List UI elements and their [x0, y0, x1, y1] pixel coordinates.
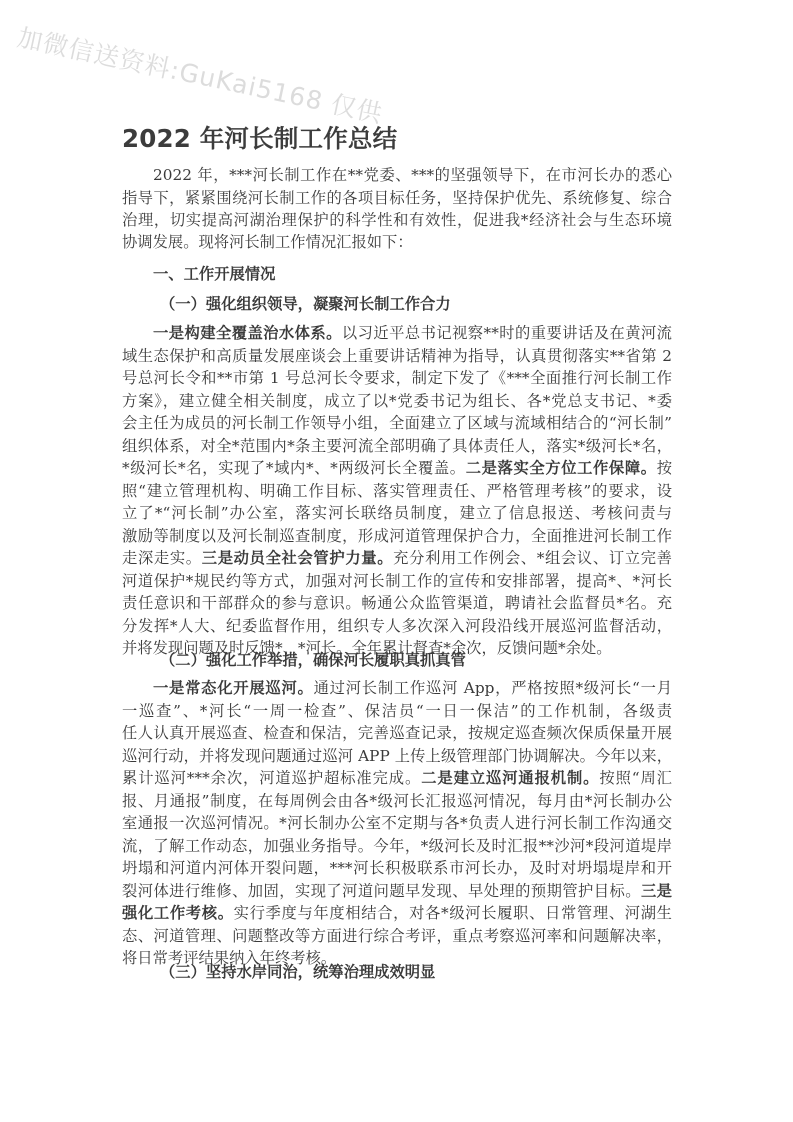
intro-line: 协调发展。现将河长制工作情况汇报如下：	[122, 231, 672, 253]
paragraph-line: 室通报一次巡河情况。*河长制办公室不定期与各*负责人进行河长制工作沟通交	[122, 812, 672, 834]
paragraph-line: 走深走实。三是动员全社会管护力量。充分利用工作例会、*组会议、订立完善	[122, 547, 672, 569]
subsection-heading-1: （一）强化组织领导，凝聚河长制工作合力	[160, 292, 451, 314]
paragraph-line: 域生态保护和高质量发展座谈会上重要讲话精神为指导，认真贯彻落实**省第 2	[122, 345, 672, 367]
watermark: 加微信送资料:GuKai5168 仅供	[15, 18, 387, 131]
paragraph-line: 组织体系，对全*范围内*条主要河流全部明确了具体责任人，落实*级河长*名，	[122, 435, 672, 457]
intro-line: 治理，切实提高河湖治理保护的科学性和有效性，促进我*经济社会与生态环境	[122, 209, 672, 231]
paragraph-line: 报、月通报”制度，在每周例会由各*级河长汇报巡河情况，每月由*河长制办公	[122, 790, 672, 812]
bold-lead: 三是	[641, 882, 672, 900]
bold-lead: 二是落实全方位工作保障。	[466, 459, 657, 477]
subsection-heading-3: （三）坚持水岸同治，统筹治理成效明显	[160, 960, 435, 982]
paragraph-line: 立了*“河长制”办公室，落实河长联络员制度，建立了信息报送、考核问责与	[122, 502, 672, 524]
bold-lead: 二是建立巡河通报机制。	[421, 769, 599, 787]
paragraph-line: 累计巡河***余次，河道巡护超标准完成。二是建立巡河通报机制。按照“周汇	[122, 767, 672, 789]
paragraph-line: 河道保护*规民约等方式，加强对河长制工作的宣传和安排部署，提高*、*河长	[122, 570, 672, 592]
paragraph-line: *级河长*名，实现了*域内*、*两级河长全覆盖。二是落实全方位工作保障。按	[122, 457, 672, 479]
paragraph-line: 方案》，建立健全相关制度，成立了以*党委书记为组长、各*党总支书记、*委	[122, 390, 672, 412]
subsection-heading-2: （二）强化工作举措，确保河长履职真抓真管	[160, 648, 466, 670]
paragraph-line: 一是构建全覆盖治水体系。以习近平总书记视察**时的重要讲话及在黄河流	[153, 322, 672, 344]
bold-lead: 一是常态化开展巡河。	[153, 679, 314, 697]
paragraph-line: 责任意识和干部群众的参与意识。畅通公众监管渠道，聘请社会监督员*名。充	[122, 592, 672, 614]
intro-line: 指导下，紧紧围绕河长制工作的各项目标任务，坚持保护优先、系统修复、综合	[122, 187, 672, 209]
paragraph-line: 坍塌和河道内河体开裂问题，***河长积极联系市河长办，及时对坍塌堤岸和开	[122, 857, 672, 879]
paragraph-line: 分发挥*人大、纪委监督作用，组织专人多次深入河段沿线开展巡河监督活动，	[122, 615, 672, 637]
bold-lead: 一是构建全覆盖治水体系。	[153, 324, 342, 342]
document-title: 2022 年河长制工作总结	[122, 120, 397, 155]
paragraph-line: 流，了解工作动态，加强业务指导。今年，*级河长及时汇报**沙河*段河道堤岸	[122, 835, 672, 857]
paragraph-line: 强化工作考核。实行季度与年度相结合，对各*级河长履职、日常管理、河湖生	[122, 902, 672, 924]
paragraph-line: 任人认真开展巡查、检查和保洁，完善巡查记录，按规定巡查频次保质保量开展	[122, 722, 672, 744]
paragraph-line: 号总河长令和**市第 1 号总河长令要求，制定下发了《***全面推行河长制工作	[122, 367, 672, 389]
section-heading-1: 一、工作开展情况	[153, 262, 275, 284]
paragraph-line: 裂河体进行维修、加固，实现了河道问题早发现、早处理的预期管护目标。三是	[122, 880, 672, 902]
paragraph-line: 一是常态化开展巡河。通过河长制工作巡河 App，严格按照*级河长“一月	[153, 677, 672, 699]
paragraph-line: 态、河道管理、问题整改等方面进行综合考评，重点考察巡河率和问题解决率，	[122, 925, 672, 947]
paragraph-line: 激励等制度以及河长制巡查制度，形成河道管理保护合力，全面推进河长制工作	[122, 525, 672, 547]
bold-lead: 三是动员全社会管护力量。	[202, 549, 393, 567]
paragraph-line: 照“建立管理机构、明确工作目标、落实管理责任、严格管理考核”的要求，设	[122, 480, 672, 502]
paragraph-line: 一巡查”、*河长“一周一检查”、保洁员“一日一保洁”的工作机制，各级责	[122, 700, 672, 722]
bold-lead: 强化工作考核。	[122, 904, 234, 922]
intro-line: 2022 年，***河长制工作在**党委、***的坚强领导下，在市河长办的悉心	[153, 164, 672, 186]
paragraph-line: 巡河行动，并将发现问题通过巡河 APP 上传上级管理部门协调解决。今年以来，	[122, 745, 672, 767]
paragraph-line: 会主任为成员的河长制工作领导小组，全面建立了区域与流域相结合的“河长制”	[122, 412, 672, 434]
